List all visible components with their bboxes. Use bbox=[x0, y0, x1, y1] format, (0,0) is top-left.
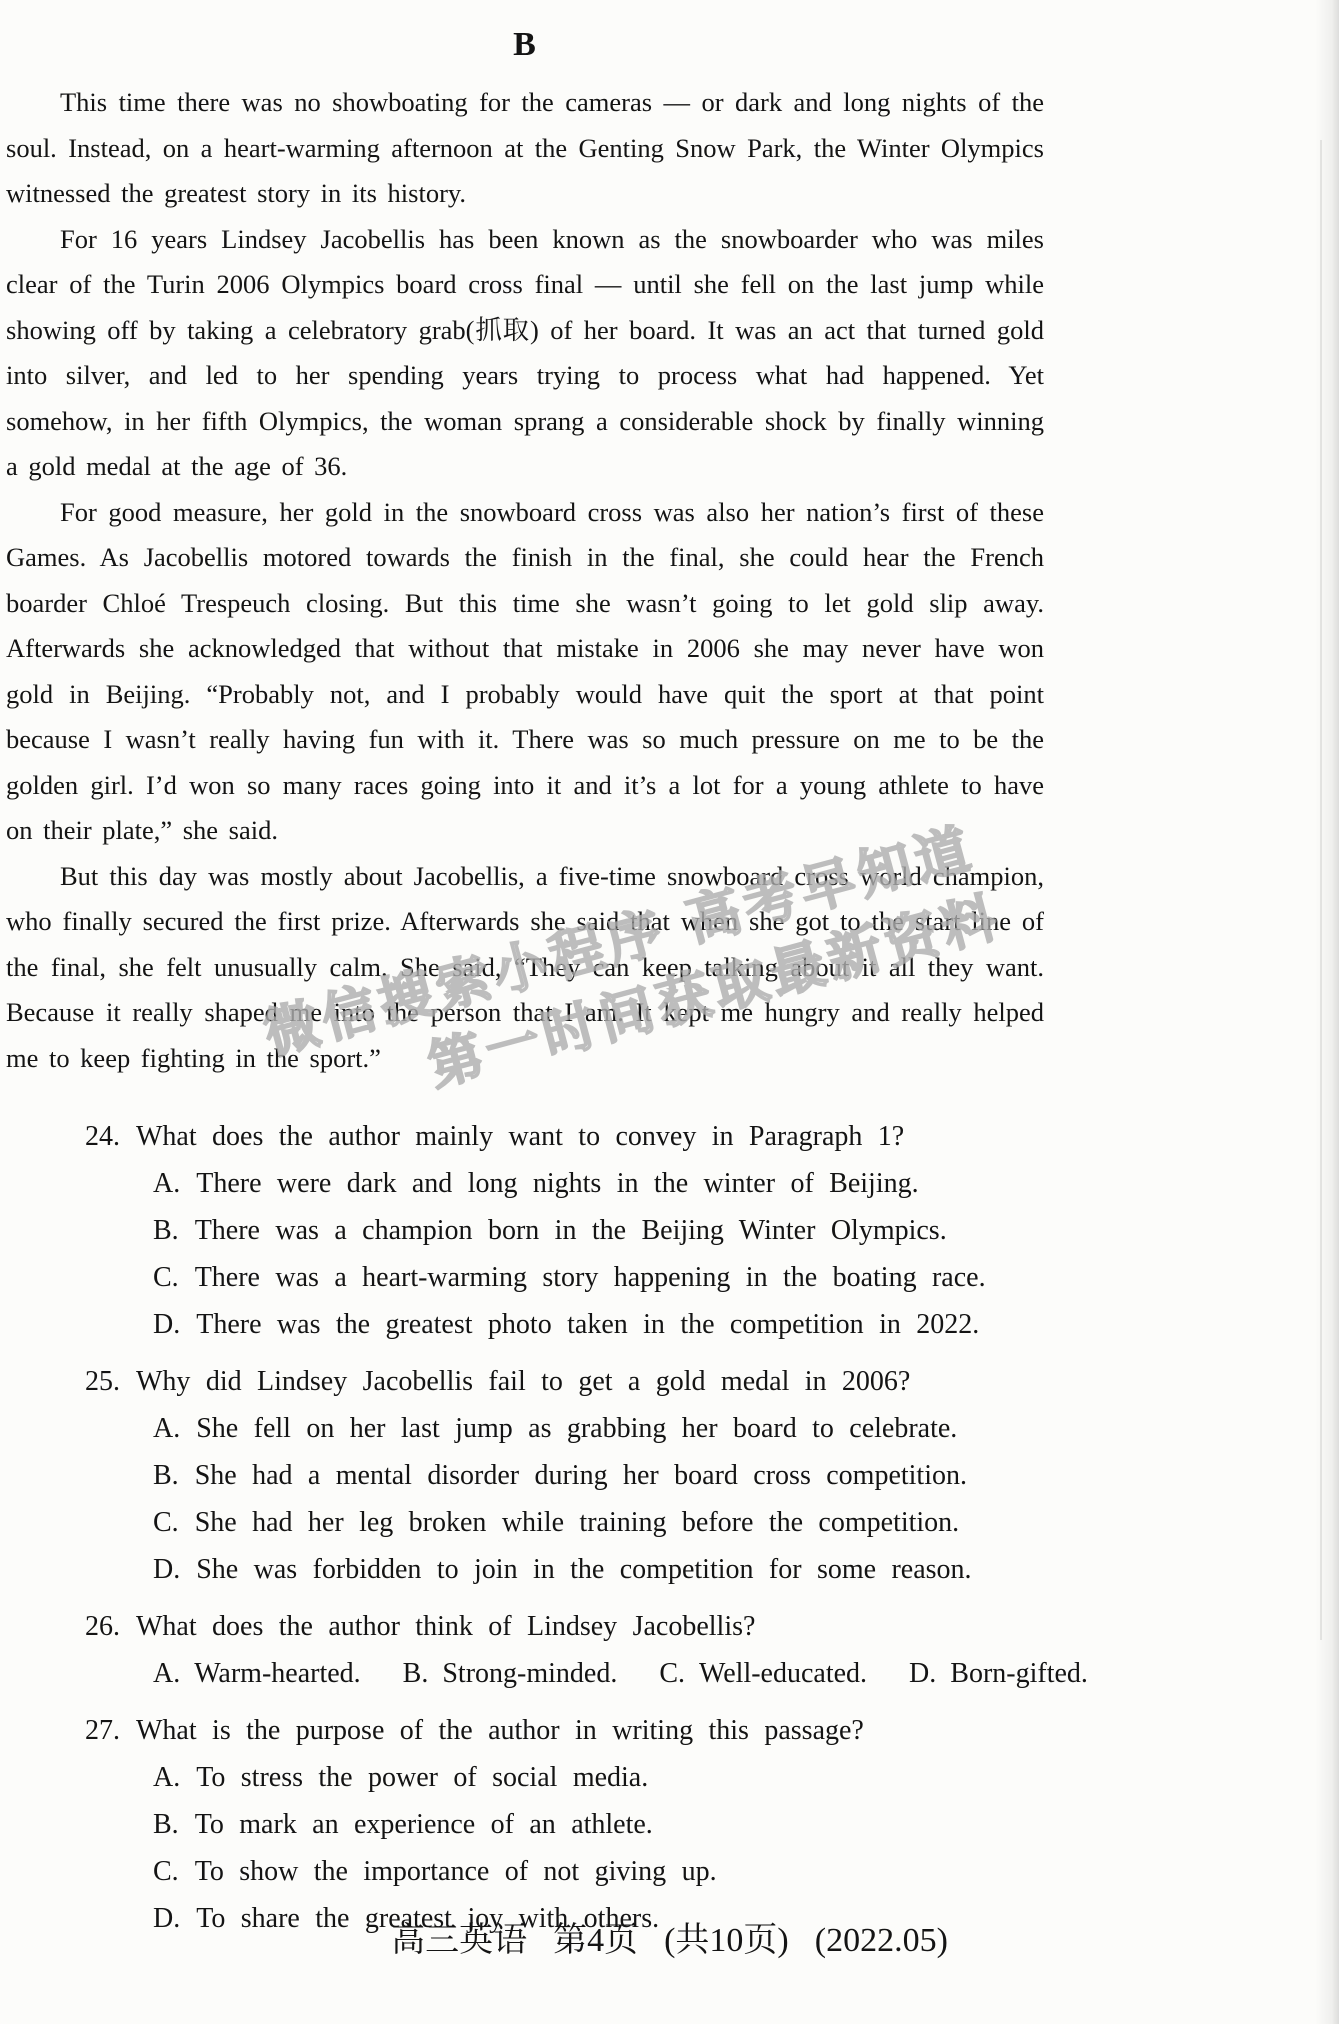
question-26-option-b: B.Strong-minded. bbox=[403, 1650, 618, 1697]
option-text: She had her leg broken while training be… bbox=[195, 1499, 960, 1546]
question-26-option-d: D.Born-gifted. bbox=[909, 1650, 1088, 1697]
question-27-option-c: C. To show the importance of not giving … bbox=[6, 1848, 1044, 1895]
option-text: Well-educated. bbox=[699, 1658, 867, 1689]
option-text: To stress the power of social media. bbox=[196, 1754, 648, 1801]
question-27: 27. What is the purpose of the author in… bbox=[6, 1707, 1044, 1754]
question-number: 24. bbox=[85, 1113, 120, 1160]
option-text: She was forbidden to join in the competi… bbox=[196, 1546, 971, 1593]
footer-date: (2022.05) bbox=[815, 1922, 948, 1959]
question-text: What does the author mainly want to conv… bbox=[136, 1113, 904, 1160]
option-label: A. bbox=[153, 1160, 180, 1207]
option-label: C. bbox=[659, 1658, 685, 1689]
question-text: Why did Lindsey Jacobellis fail to get a… bbox=[136, 1358, 910, 1405]
question-text: What does the author think of Lindsey Ja… bbox=[136, 1603, 755, 1650]
question-24-option-c: C. There was a heart-warming story happe… bbox=[6, 1254, 1044, 1301]
option-label: C. bbox=[153, 1848, 179, 1895]
passage-paragraph-1: This time there was no showboating for t… bbox=[6, 80, 1044, 217]
question-number: 27. bbox=[85, 1707, 120, 1754]
question-26-options-row: A.Warm-hearted. B.Strong-minded. C.Well-… bbox=[6, 1650, 1044, 1697]
option-text: To mark an experience of an athlete. bbox=[195, 1801, 653, 1848]
question-25-option-a: A. She fell on her last jump as grabbing… bbox=[6, 1405, 1044, 1452]
question-27-option-a: A. To stress the power of social media. bbox=[6, 1754, 1044, 1801]
option-label: A. bbox=[153, 1405, 180, 1452]
option-label: A. bbox=[153, 1658, 180, 1689]
option-label: C. bbox=[153, 1254, 179, 1301]
option-label: B. bbox=[153, 1207, 179, 1254]
footer-page-number: 第4页 bbox=[553, 1922, 638, 1959]
option-text: She fell on her last jump as grabbing he… bbox=[196, 1405, 957, 1452]
option-label: C. bbox=[153, 1499, 179, 1546]
question-26: 26. What does the author think of Lindse… bbox=[6, 1603, 1044, 1650]
option-label: B. bbox=[153, 1801, 179, 1848]
questions-section: 24. What does the author mainly want to … bbox=[6, 1113, 1044, 1942]
question-27-option-b: B. To mark an experience of an athlete. bbox=[6, 1801, 1044, 1848]
question-26-option-c: C.Well-educated. bbox=[659, 1650, 867, 1697]
scan-edge-line bbox=[1320, 140, 1322, 1640]
question-25-option-c: C. She had her leg broken while training… bbox=[6, 1499, 1044, 1546]
option-label: B. bbox=[403, 1658, 429, 1689]
option-label: A. bbox=[153, 1754, 180, 1801]
scanned-exam-page: B This time there was no showboating for… bbox=[0, 0, 1339, 2024]
passage-paragraph-4: But this day was mostly about Jacobellis… bbox=[6, 854, 1044, 1082]
option-text: There was the greatest photo taken in th… bbox=[196, 1301, 979, 1348]
reading-passage: This time there was no showboating for t… bbox=[6, 80, 1044, 1081]
question-24-option-d: D. There was the greatest photo taken in… bbox=[6, 1301, 1044, 1348]
option-text: There was a champion born in the Beijing… bbox=[195, 1207, 947, 1254]
option-text: She had a mental disorder during her boa… bbox=[195, 1452, 967, 1499]
question-number: 26. bbox=[85, 1603, 120, 1650]
option-label: B. bbox=[153, 1452, 179, 1499]
option-label: D. bbox=[153, 1546, 180, 1593]
option-label: D. bbox=[909, 1658, 936, 1689]
question-25: 25. Why did Lindsey Jacobellis fail to g… bbox=[6, 1358, 1044, 1405]
question-24-option-b: B. There was a champion born in the Beij… bbox=[6, 1207, 1044, 1254]
footer-subject: 高三英语 bbox=[391, 1922, 527, 1959]
section-label: B bbox=[6, 26, 1044, 64]
option-text: There was a heart-warming story happenin… bbox=[195, 1254, 986, 1301]
option-label: D. bbox=[153, 1301, 180, 1348]
passage-paragraph-3: For good measure, her gold in the snowbo… bbox=[6, 490, 1044, 854]
option-text: There were dark and long nights in the w… bbox=[196, 1160, 918, 1207]
option-text: To show the importance of not giving up. bbox=[195, 1848, 717, 1895]
option-text: Warm-hearted. bbox=[194, 1658, 360, 1689]
question-26-option-a: A.Warm-hearted. bbox=[153, 1650, 361, 1697]
option-text: Born-gifted. bbox=[950, 1658, 1088, 1689]
question-25-option-b: B. She had a mental disorder during her … bbox=[6, 1452, 1044, 1499]
question-text: What is the purpose of the author in wri… bbox=[136, 1707, 864, 1754]
question-number: 25. bbox=[85, 1358, 120, 1405]
footer-total-pages: (共10页) bbox=[664, 1922, 789, 1959]
passage-paragraph-2: For 16 years Lindsey Jacobellis has been… bbox=[6, 217, 1044, 490]
page-content: B This time there was no showboating for… bbox=[6, 26, 1044, 1942]
option-text: Strong-minded. bbox=[442, 1658, 617, 1689]
scan-edge-shade bbox=[1315, 0, 1339, 2024]
page-footer: 高三英语第4页(共10页)(2022.05) bbox=[0, 1912, 1339, 1961]
question-24: 24. What does the author mainly want to … bbox=[6, 1113, 1044, 1160]
question-25-option-d: D. She was forbidden to join in the comp… bbox=[6, 1546, 1044, 1593]
question-24-option-a: A. There were dark and long nights in th… bbox=[6, 1160, 1044, 1207]
